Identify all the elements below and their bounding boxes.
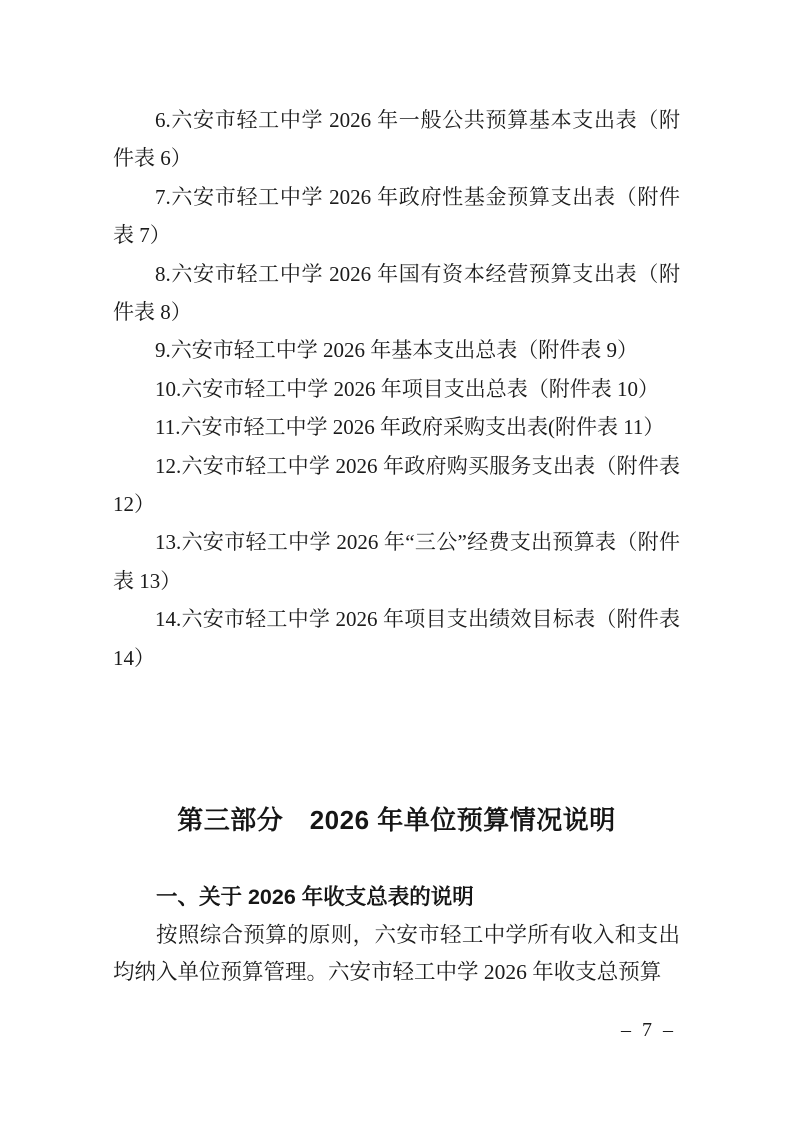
document-page: 6.六安市轻工中学 2026 年一般公共预算基本支出表（附件表 6） 7.六安市… <box>0 0 793 1122</box>
attachment-list-item-13: 13.六安市轻工中学 2026 年“三公”经费支出预算表（附件表 13） <box>113 523 680 600</box>
attachment-list-item-12: 12.六安市轻工中学 2026 年政府购买服务支出表（附件表 12） <box>113 447 680 524</box>
attachment-list-item-9: 9.六安市轻工中学 2026 年基本支出总表（附件表 9） <box>113 331 680 369</box>
subsection-title: 一、关于 2026 年收支总表的说明 <box>113 878 680 916</box>
attachment-list-item-8: 8.六安市轻工中学 2026 年国有资本经营预算支出表（附件表 8） <box>113 255 680 332</box>
page-content: 6.六安市轻工中学 2026 年一般公共预算基本支出表（附件表 6） 7.六安市… <box>113 101 680 991</box>
page-number: – 7 – <box>621 1019 676 1042</box>
attachment-list-item-10: 10.六安市轻工中学 2026 年项目支出总表（附件表 10） <box>113 370 680 408</box>
attachment-list-item-7: 7.六安市轻工中学 2026 年政府性基金预算支出表（附件表 7） <box>113 178 680 255</box>
attachment-list-item-11: 11.六安市轻工中学 2026 年政府采购支出表(附件表 11） <box>113 408 680 446</box>
attachment-list-item-14: 14.六安市轻工中学 2026 年项目支出绩效目标表（附件表 14） <box>113 600 680 677</box>
attachment-list-item-6: 6.六安市轻工中学 2026 年一般公共预算基本支出表（附件表 6） <box>113 101 680 178</box>
body-paragraph: 按照综合预算的原则，六安市轻工中学所有收入和支出均纳入单位预算管理。六安市轻工中… <box>113 917 680 992</box>
section-title: 第三部分 2026 年单位预算情况说明 <box>113 801 680 839</box>
